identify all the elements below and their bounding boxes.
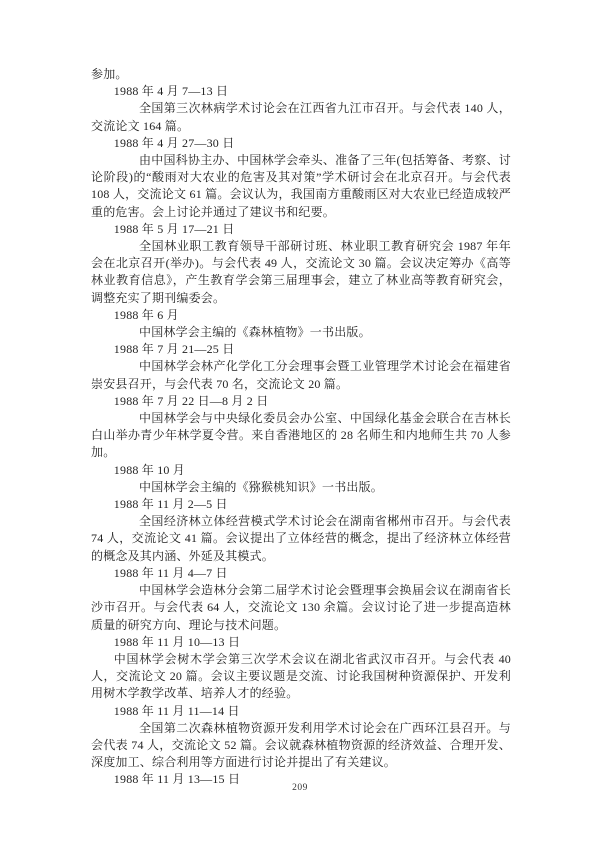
date-heading: 1988 年 10 月 bbox=[91, 462, 511, 479]
body-paragraph: 中国林学会主编的《猕猴桃知识》一书出版。 bbox=[91, 479, 511, 496]
date-heading: 1988 年 4 月 27—30 日 bbox=[91, 135, 511, 152]
date-heading: 1988 年 5 月 17—21 日 bbox=[91, 221, 511, 238]
body-paragraph: 全国第三次林病学术讨论会在江西省九江市召开。与会代表 140 人，交流论文 16… bbox=[91, 100, 511, 134]
page-text-body: 参加。1988 年 4 月 7—13 日全国第三次林病学术讨论会在江西省九江市召… bbox=[91, 66, 511, 789]
body-paragraph: 中国林学会主编的《森林植物》一书出版。 bbox=[91, 324, 511, 341]
body-paragraph: 中国林学会与中央绿化委员会办公室、中国绿化基金会联合在吉林长白山举办青少年林学夏… bbox=[91, 410, 511, 462]
body-paragraph: 中国林学会树木学会第三次学术会议在湖北省武汉市召开。与会代表 40 人，交流论文… bbox=[91, 651, 511, 703]
date-heading: 1988 年 11 月 2—5 日 bbox=[91, 496, 511, 513]
page-number: 209 bbox=[0, 783, 600, 793]
date-heading: 1988 年 7 月 21—25 日 bbox=[91, 341, 511, 358]
body-paragraph: 参加。 bbox=[91, 66, 511, 83]
body-paragraph: 全国林业职工教育领导干部研讨班、林业职工教育研究会 1987 年年会在北京召开(… bbox=[91, 238, 511, 307]
date-heading: 1988 年 11 月 4—7 日 bbox=[91, 565, 511, 582]
body-paragraph: 中国林学会林产化学化工分会理事会暨工业管理学术讨论会在福建省崇安县召开，与会代表… bbox=[91, 358, 511, 392]
body-paragraph: 由中国科协主办、中国林学会牵头、准备了三年(包括筹备、考察、讨论阶段)的“酸雨对… bbox=[91, 152, 511, 221]
body-paragraph: 中国林学会造林分会第二届学术讨论会暨理事会换届会议在湖南省长沙市召开。与会代表 … bbox=[91, 582, 511, 634]
book-page: 参加。1988 年 4 月 7—13 日全国第三次林病学术讨论会在江西省九江市召… bbox=[0, 0, 600, 848]
date-heading: 1988 年 11 月 10—13 日 bbox=[91, 634, 511, 651]
date-heading: 1988 年 11 月 11—14 日 bbox=[91, 703, 511, 720]
date-heading: 1988 年 4 月 7—13 日 bbox=[91, 83, 511, 100]
body-paragraph: 全国经济林立体经营模式学术讨论会在湖南省郴州市召开。与会代表 74 人，交流论文… bbox=[91, 513, 511, 565]
date-heading: 1988 年 6 月 bbox=[91, 307, 511, 324]
date-heading: 1988 年 7 月 22 日—8 月 2 日 bbox=[91, 393, 511, 410]
body-paragraph: 全国第二次森林植物资源开发利用学术讨论会在广西环江县召开。与会代表 74 人，交… bbox=[91, 720, 511, 772]
